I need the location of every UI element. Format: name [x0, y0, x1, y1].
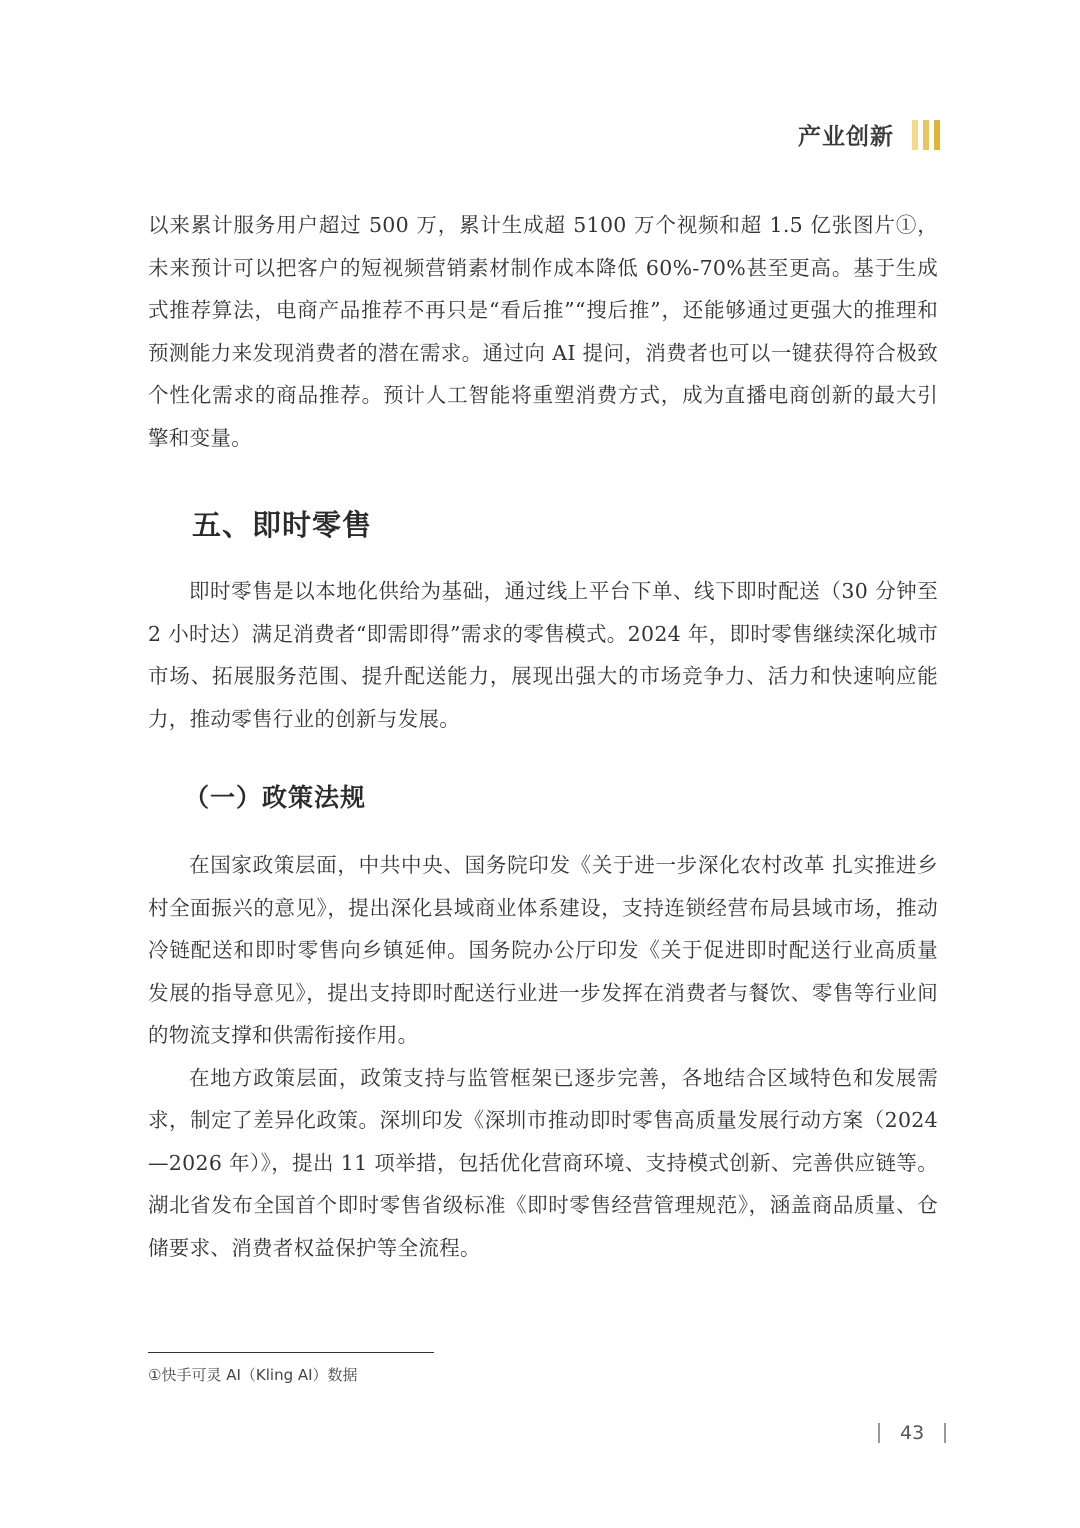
bar-3 [934, 120, 940, 150]
policy-paragraph-local: 在地方政策层面，政策支持与监管框架已逐步完善，各地结合区域特色和发展需求，制定了… [148, 1057, 938, 1270]
page-content: 以来累计服务用户超过 500 万，累计生成超 5100 万个视频和超 1.5 亿… [148, 204, 938, 1269]
chapter-title: 产业创新 [798, 118, 894, 151]
bar-2 [923, 120, 929, 150]
subsection-heading: （一）政策法规 [148, 778, 938, 814]
page-footer: 43 [878, 1422, 946, 1444]
section-paragraph: 即时零售是以本地化供给为基础，通过线上平台下单、线下即时配送（30 分钟至 2 … [148, 570, 938, 740]
intro-paragraph: 以来累计服务用户超过 500 万，累计生成超 5100 万个视频和超 1.5 亿… [148, 204, 938, 459]
section-heading: 五、即时零售 [148, 503, 938, 544]
footnote-divider [148, 1352, 434, 1353]
footnote: ①快手可灵 AI（Kling AI）数据 [148, 1364, 358, 1385]
decorative-bars-icon [912, 120, 940, 150]
running-header: 产业创新 [798, 118, 940, 151]
pipe-left [878, 1423, 880, 1443]
bar-1 [912, 120, 918, 150]
policy-paragraph-national: 在国家政策层面，中共中央、国务院印发《关于进一步深化农村改革 扎实推进乡村全面振… [148, 844, 938, 1057]
page-number: 43 [900, 1422, 924, 1444]
pipe-right [944, 1423, 946, 1443]
